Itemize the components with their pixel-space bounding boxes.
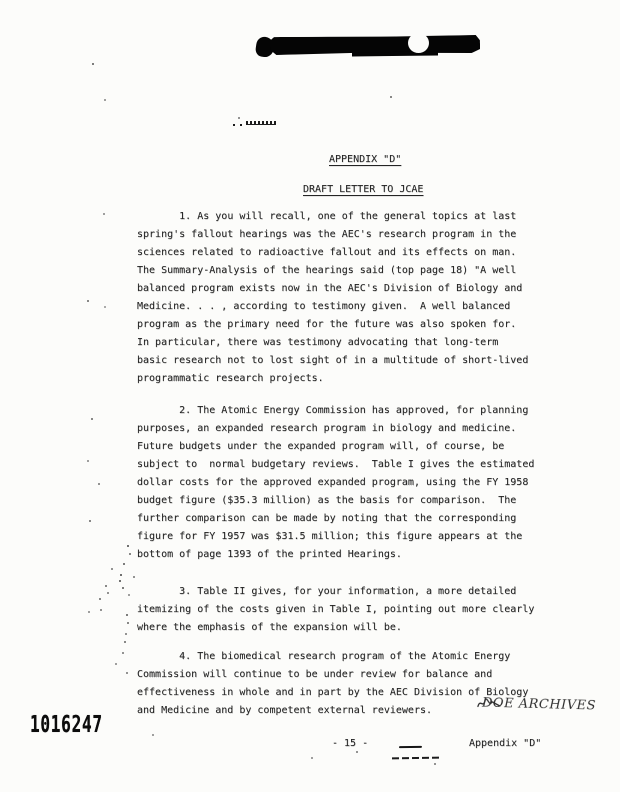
redaction-bar-tail: [352, 52, 438, 57]
document-number-stamp: 1016247: [30, 712, 103, 738]
handwritten-scribble-icon: [476, 693, 502, 712]
dash-artifact: [399, 746, 422, 748]
punch-hole: [408, 33, 429, 53]
document-title: APPENDIX "D": [329, 151, 401, 169]
scan-noise-specks: [0, 0, 2, 2]
appendix-footer-label: Appendix "D": [469, 735, 541, 753]
dash-artifact: [392, 757, 440, 760]
paragraph-1: 1. As you will recall, one of the genera…: [137, 208, 572, 388]
document-subtitle: DRAFT LETTER TO JCAE: [303, 181, 423, 199]
page-number: - 15 -: [332, 735, 368, 753]
doe-archives-stamp: DOE ARCHIVES: [482, 696, 592, 714]
pencil-dots: [233, 124, 235, 126]
paragraph-2: 2. The Atomic Energy Commission has appr…: [137, 402, 572, 564]
paragraph-3: 3. Table II gives, for your information,…: [137, 583, 572, 637]
scanned-document-page: APPENDIX "D" DRAFT LETTER TO JCAE 1. As …: [0, 0, 620, 792]
pencil-mark: [246, 121, 276, 125]
